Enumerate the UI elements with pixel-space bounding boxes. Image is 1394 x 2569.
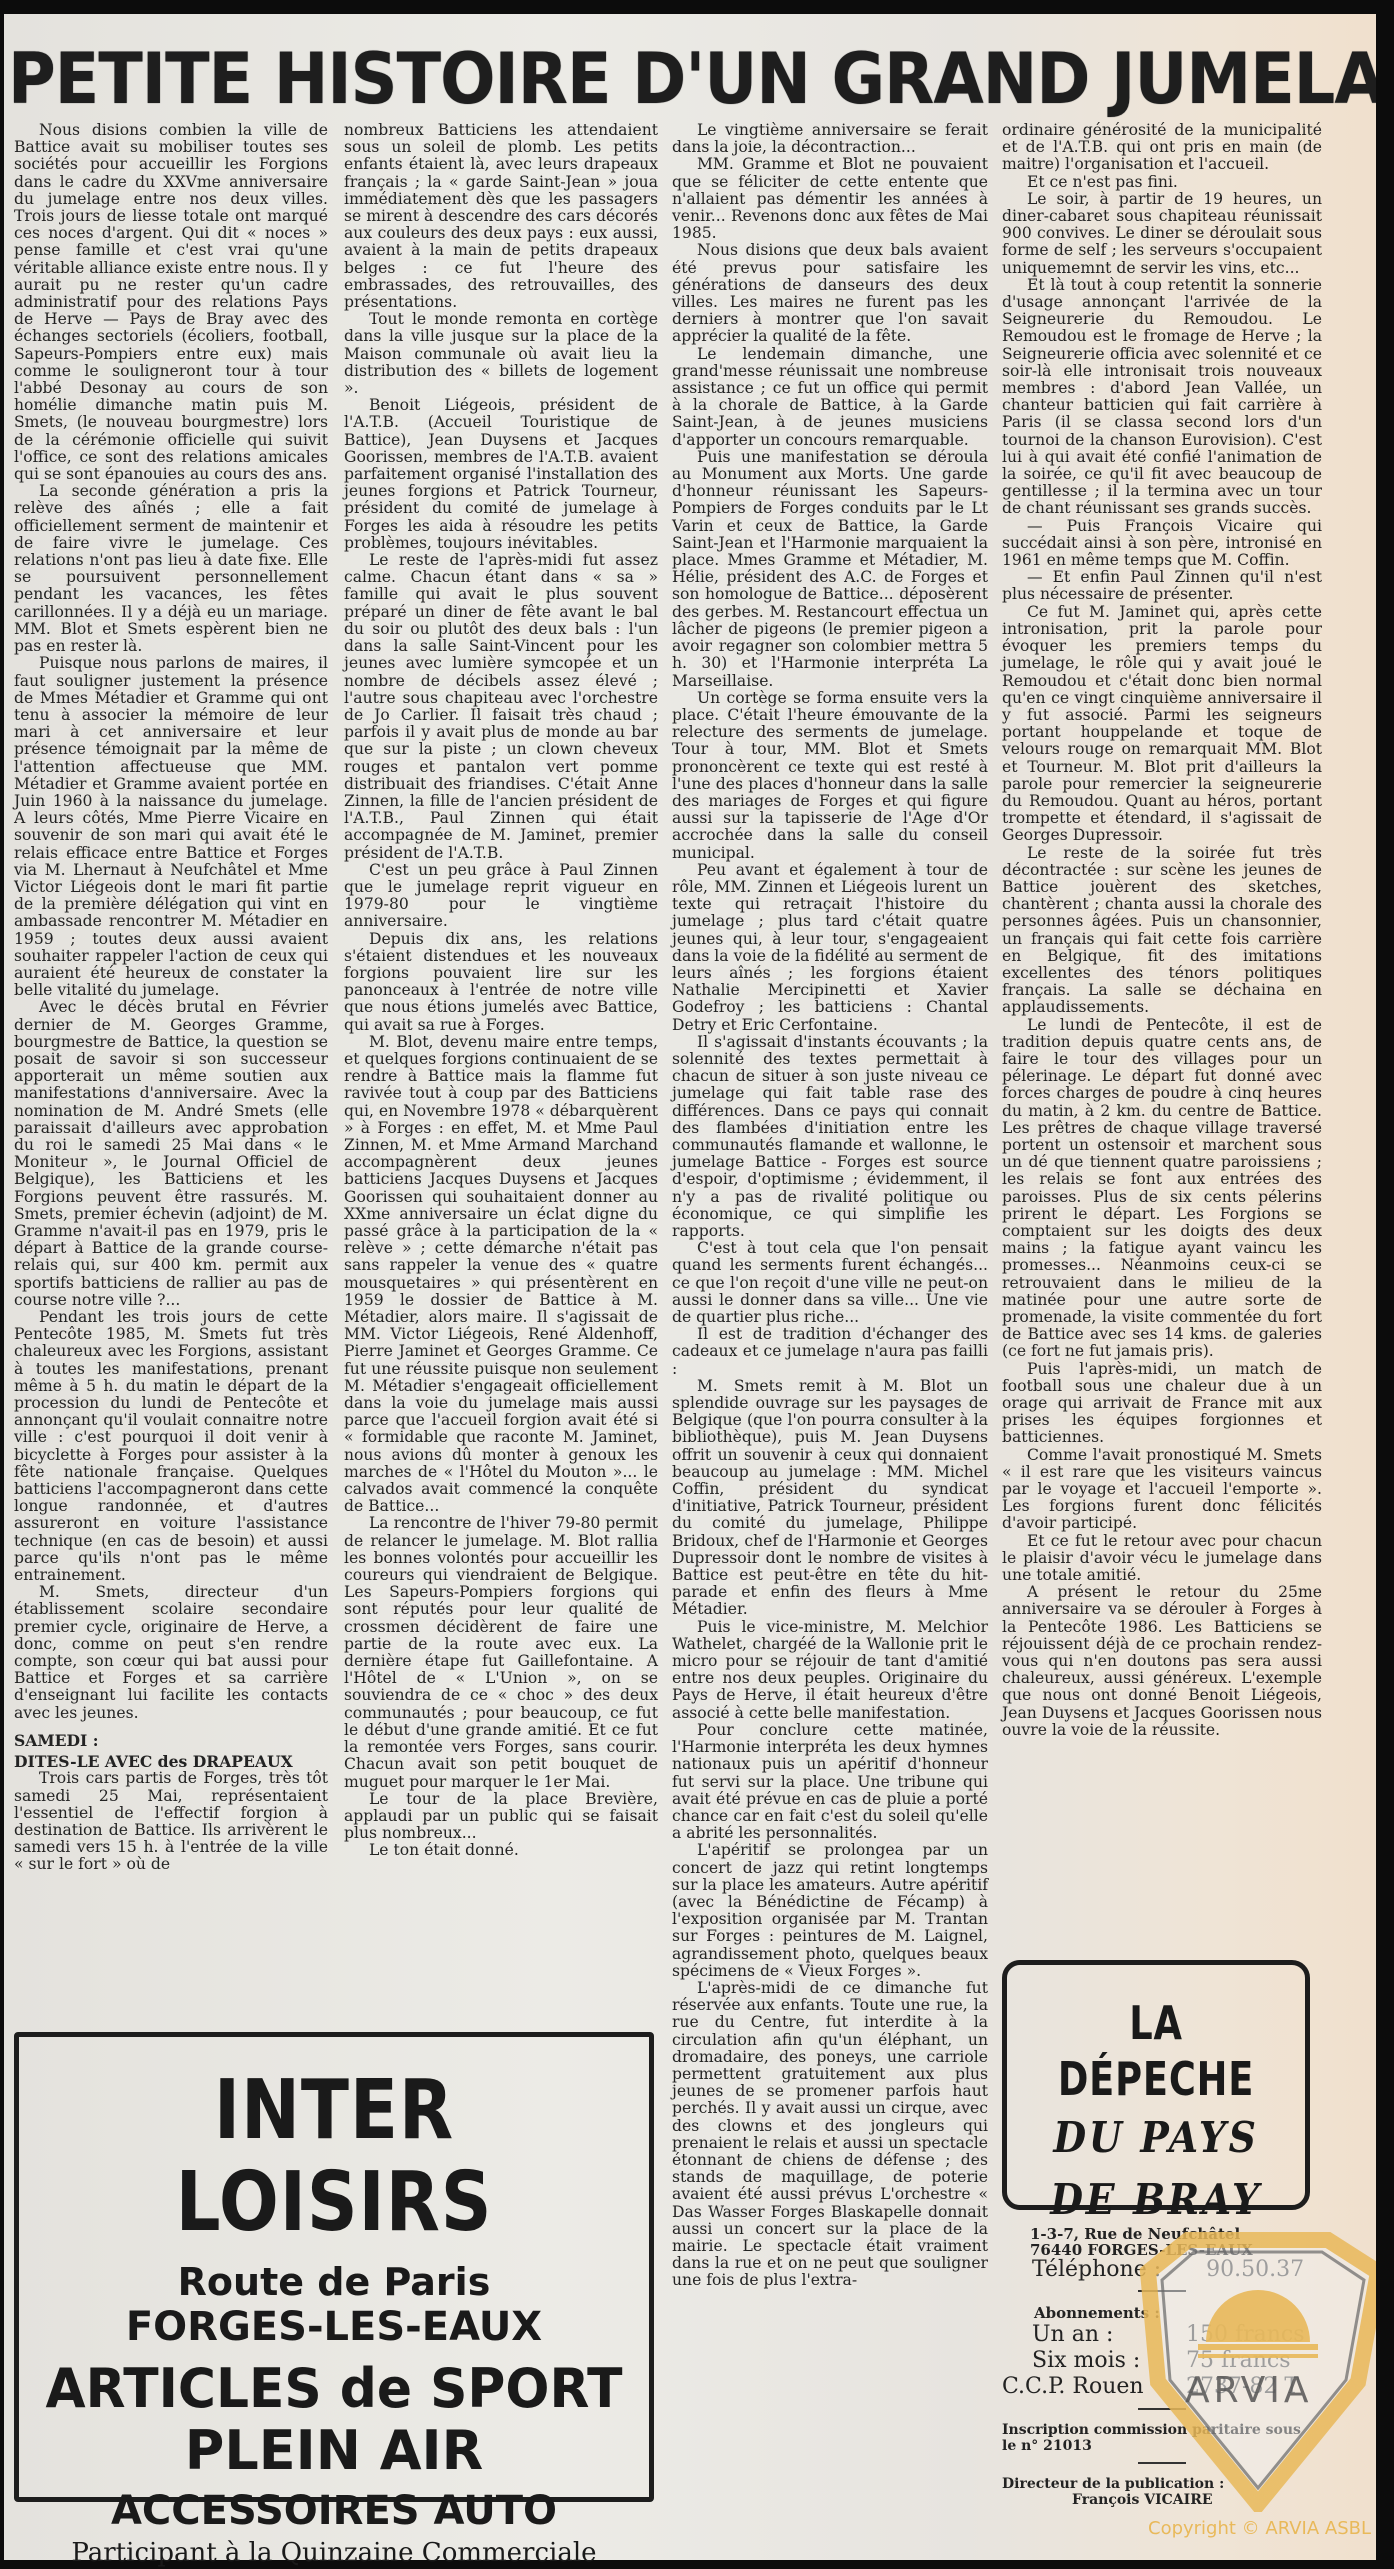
paragraph: Le ton était donné. <box>344 1842 658 1859</box>
paragraph: Avec le décès brutal en Février dernier … <box>14 999 328 1309</box>
masthead-line: DE BRAY <box>1022 2169 1290 2231</box>
paragraph: Nous disions combien la ville de Battice… <box>14 122 328 483</box>
paragraph: C'est à tout cela que l'on pensait quand… <box>672 1240 988 1326</box>
article-column-3: Le vingtième anniversaire se ferait dans… <box>672 122 988 2290</box>
telephone-number: 90.50.37 <box>1206 2257 1304 2282</box>
divider <box>1138 2290 1186 2292</box>
newspaper-page: PETITE HISTOIRE D'UN GRAND JUMELAGE Nous… <box>4 14 1376 2560</box>
paragraph: Nous disions que deux bals avaient été p… <box>672 242 988 345</box>
paragraph: Et ce n'est pas fini. <box>1002 174 1322 191</box>
paragraph: Le reste de la soirée fut très décontrac… <box>1002 845 1322 1017</box>
ad-footer: Participant à la Quinzaine Commerciale <box>19 2537 649 2560</box>
section-subhead-day: SAMEDI : <box>14 1732 328 1749</box>
watermark-logo-text: ARVIA <box>1185 2370 1313 2411</box>
paragraph: nombreux Batticiens les attendaient sous… <box>344 122 658 311</box>
paragraph: Depuis dix ans, les relations s'étaient … <box>344 931 658 1034</box>
paragraph: Tout le monde remonta en cortège dans la… <box>344 311 658 397</box>
imprint-telephone: Téléphone : 90.50.37 <box>1032 2258 1312 2282</box>
paragraph: — Puis François Vicaire qui succédait ai… <box>1002 518 1322 570</box>
paragraph: Peu avant et également à tour de rôle, M… <box>672 862 988 1034</box>
paragraph: Le vingtième anniversaire se ferait dans… <box>672 122 988 156</box>
paragraph: La rencontre de l'hiver 79-80 permit de … <box>344 1515 658 1790</box>
paragraph: Le soir, à partir de 19 heures, un diner… <box>1002 191 1322 277</box>
rate-label: Six mois : <box>1032 2348 1172 2374</box>
paragraph: Puis une manifestation se déroula au Mon… <box>672 449 988 690</box>
paragraph: Le tour de la place Brevière, applaudi p… <box>344 1791 658 1843</box>
paragraph: Le lundi de Pentecôte, il est de traditi… <box>1002 1017 1322 1361</box>
article-column-1: Nous disions combien la ville de Battice… <box>14 122 328 1874</box>
paragraph: Le lendemain dimanche, une grand'messe r… <box>672 346 988 449</box>
scan-border <box>1376 0 1394 2560</box>
publication-imprint: 1-3-7, Rue de Neufchâtel 76440 FORGES-LE… <box>1002 2226 1312 2508</box>
advertisement-inter-loisirs: INTER LOISIRS Route de Paris FORGES-LES-… <box>14 2032 654 2502</box>
imprint-address: 76440 FORGES-LES-EAUX <box>1030 2242 1312 2258</box>
director-label: Directeur de la publication : <box>1002 2476 1312 2492</box>
ad-product-line: ARTICLES de SPORT <box>32 2357 637 2421</box>
ad-brand-name: INTER LOISIRS <box>63 2065 605 2249</box>
paragraph: Pendant les trois jours de cette Pentecô… <box>14 1309 328 1584</box>
paragraph: Il est de tradition d'échanger des cadea… <box>672 1326 988 1378</box>
masthead-line: LA DÉPECHE <box>1037 1995 1275 2107</box>
paragraph: Un cortège se forma ensuite vers la plac… <box>672 690 988 862</box>
divider <box>1138 2462 1186 2464</box>
paragraph: Il s'agissait d'instants écouvants ; la … <box>672 1034 988 1240</box>
paragraph: A présent le retour du 25me anniversaire… <box>1002 1584 1322 1739</box>
telephone-label: Téléphone : <box>1032 2257 1161 2282</box>
masthead-box: LA DÉPECHE DU PAYS DE BRAY <box>1002 1960 1310 2210</box>
paragraph: Et là tout à coup retentit la sonnerie d… <box>1002 277 1322 518</box>
subscriptions-heading: Abonnements : <box>1034 2304 1312 2322</box>
ad-address-street: Route de Paris <box>19 2261 649 2303</box>
article-headline: PETITE HISTOIRE D'UN GRAND JUMELAGE <box>8 36 1282 122</box>
paragraph: C'est un peu grâce à Paul Zinnen que le … <box>344 862 658 931</box>
paragraph: — Et enfin Paul Zinnen qu'il n'est plus … <box>1002 569 1322 603</box>
rate-row: Un an : 150 francs <box>1032 2322 1312 2348</box>
paragraph: Le reste de l'après-midi fut assez calme… <box>344 552 658 862</box>
watermark-copyright: Copyright © ARVIA ASBL <box>1148 2518 1371 2539</box>
paragraph: Ce fut M. Jaminet qui, après cette intro… <box>1002 604 1322 845</box>
masthead-line: DU PAYS <box>1022 2107 1290 2169</box>
paragraph: Puis le vice-ministre, M. Melchior Wathe… <box>672 1619 988 1722</box>
paragraph: Puis l'après-midi, un match de football … <box>1002 1361 1322 1447</box>
director-name: François VICAIRE <box>1072 2492 1312 2508</box>
rate-label: C.C.P. Rouen <box>1002 2374 1172 2400</box>
paragraph: Pour conclure cette matinée, l'Harmonie … <box>672 1722 988 1842</box>
registration-note: Inscription commission paritaire sous le… <box>1002 2422 1302 2454</box>
paragraph: La seconde génération a pris la relève d… <box>14 483 328 655</box>
paragraph: Benoit Liégeois, président de l'A.T.B. (… <box>344 397 658 552</box>
paragraph: Puisque nous parlons de maires, il faut … <box>14 655 328 999</box>
paragraph: M. Blot, devenu maire entre temps, et qu… <box>344 1034 658 1516</box>
rate-value: 150 francs <box>1186 2322 1305 2348</box>
paragraph: L'après-midi de ce dimanche fut réservée… <box>672 1980 988 2290</box>
ad-product-line: ACCESSOIRES AUTO <box>19 2487 649 2535</box>
paragraph: Comme l'avait pronostiqué M. Smets « il … <box>1002 1447 1322 1533</box>
paragraph: L'apéritif se prolongea par un concert d… <box>672 1842 988 1980</box>
paragraph: MM. Gramme et Blot ne pouvaient que se f… <box>672 156 988 242</box>
paragraph: M. Smets remit à M. Blot un splendide ou… <box>672 1378 988 1619</box>
rate-label: Un an : <box>1032 2322 1172 2348</box>
paragraph: ordinaire générosité de la municipalité … <box>1002 122 1322 174</box>
paragraph: Et ce fut le retour avec pour chacun le … <box>1002 1533 1322 1585</box>
article-column-2: nombreux Batticiens les attendaient sous… <box>344 122 658 1860</box>
paragraph: Trois cars partis de Forges, très tôt sa… <box>14 1770 328 1873</box>
ad-product-line: PLEIN AIR <box>19 2421 649 2481</box>
ad-address-town: FORGES-LES-EAUX <box>19 2303 649 2351</box>
divider <box>1138 2408 1186 2410</box>
section-subhead-title: DITES-LE AVEC des DRAPEAUX <box>14 1753 328 1770</box>
imprint-address: 1-3-7, Rue de Neufchâtel <box>1030 2226 1312 2242</box>
article-column-4: ordinaire générosité de la municipalité … <box>1002 122 1322 1739</box>
paragraph: M. Smets, directeur d'un établissement s… <box>14 1584 328 1722</box>
